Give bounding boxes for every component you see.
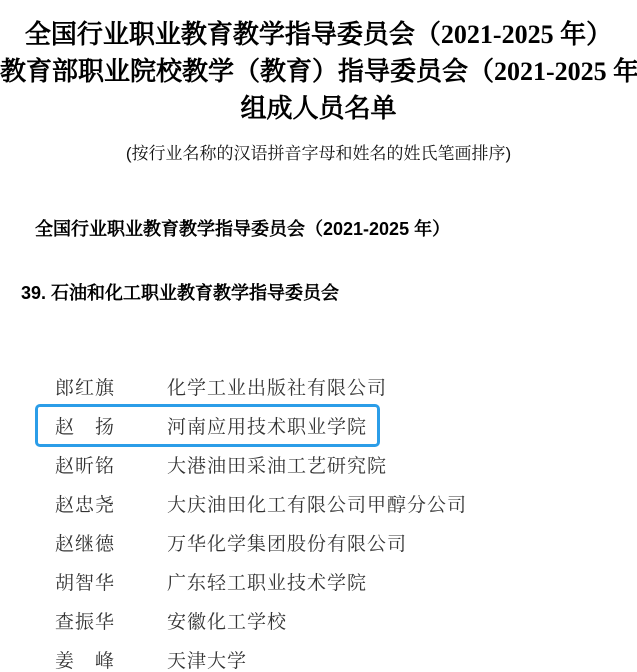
member-row: 胡智华 广东轻工职业技术学院: [0, 562, 637, 601]
section-heading: 全国行业职业教育教学指导委员会（2021-2025 年）: [35, 217, 637, 241]
member-organization: 广东轻工职业技术学院: [167, 568, 367, 595]
document-title: 全国行业职业教育教学指导委员会（2021-2025 年） 教育部职业院校教学（教…: [0, 0, 637, 127]
title-line-3: 组成人员名单: [0, 90, 637, 127]
member-list: 郎红旗 化学工业出版社有限公司 赵 扬 河南应用技术职业学院 赵昕铭 大港油田采…: [0, 367, 637, 672]
member-name: 赵 扬: [55, 412, 167, 439]
title-line-2: 教育部职业院校教学（教育）指导委员会（2021-2025 年）: [0, 53, 637, 90]
member-name: 赵继德: [55, 529, 167, 556]
document-page: 全国行业职业教育教学指导委员会（2021-2025 年） 教育部职业院校教学（教…: [0, 0, 637, 672]
member-organization: 河南应用技术职业学院: [167, 412, 367, 439]
member-row: 姜 峰 天津大学: [0, 640, 637, 672]
member-organization: 万华化学集团股份有限公司: [167, 529, 407, 556]
sorting-note-subtitle: (按行业名称的汉语拼音字母和姓名的姓氏笔画排序): [0, 143, 637, 165]
member-organization: 大港油田采油工艺研究院: [167, 451, 387, 478]
subsection-heading-39: 39. 石油和化工职业教育教学指导委员会: [21, 281, 637, 305]
member-row: 郎红旗 化学工业出版社有限公司: [0, 367, 637, 406]
member-name: 姜 峰: [55, 646, 167, 672]
member-organization: 化学工业出版社有限公司: [167, 373, 387, 400]
member-row: 赵 扬 河南应用技术职业学院: [0, 406, 637, 445]
member-name: 郎红旗: [55, 373, 167, 400]
member-row: 赵昕铭 大港油田采油工艺研究院: [0, 445, 637, 484]
member-organization: 大庆油田化工有限公司甲醇分公司: [167, 490, 467, 517]
member-row: 赵忠尧 大庆油田化工有限公司甲醇分公司: [0, 484, 637, 523]
member-organization: 安徽化工学校: [167, 607, 287, 634]
title-line-1: 全国行业职业教育教学指导委员会（2021-2025 年）: [0, 16, 637, 53]
member-name: 查振华: [55, 607, 167, 634]
member-organization: 天津大学: [167, 646, 247, 672]
member-name: 赵忠尧: [55, 490, 167, 517]
member-name: 赵昕铭: [55, 451, 167, 478]
member-name: 胡智华: [55, 568, 167, 595]
member-row: 查振华 安徽化工学校: [0, 601, 637, 640]
member-row: 赵继德 万华化学集团股份有限公司: [0, 523, 637, 562]
